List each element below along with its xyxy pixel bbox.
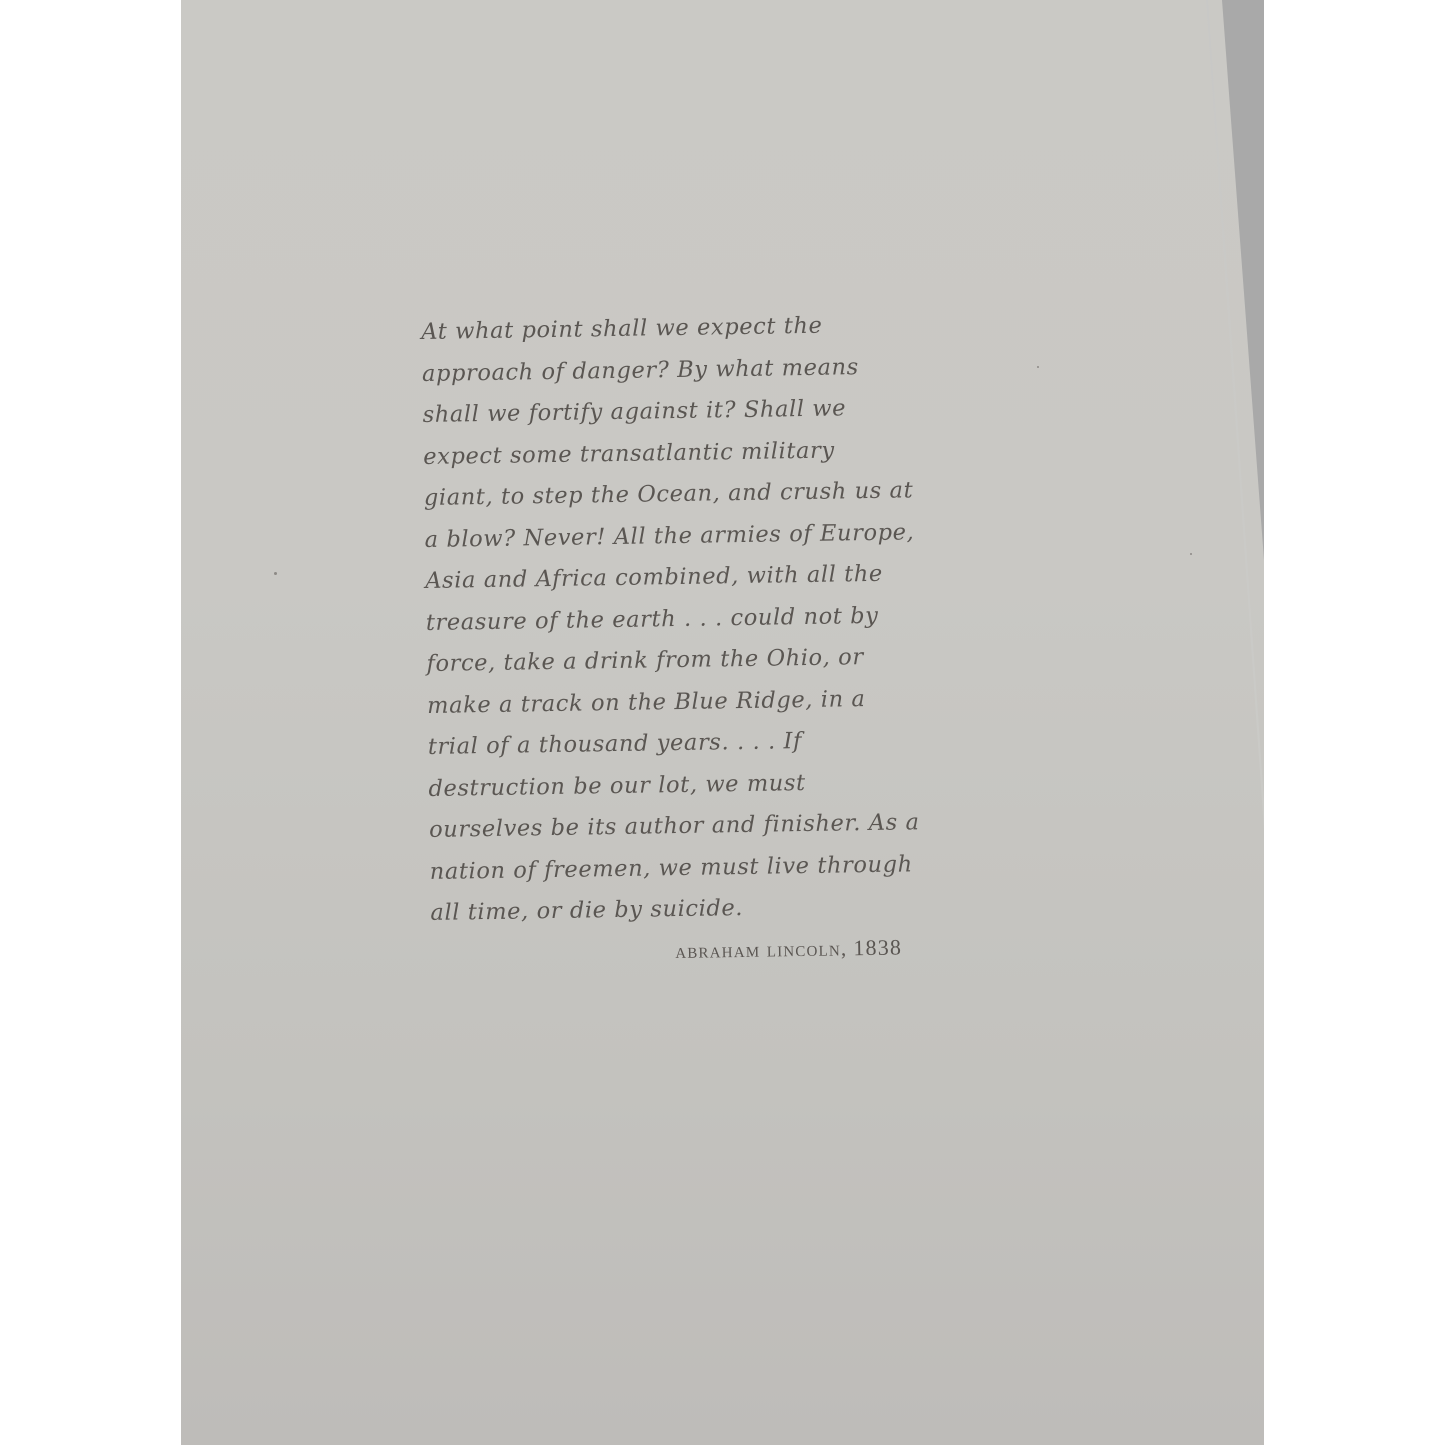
book-page-photo: At what point shall we expect the approa… [181, 0, 1264, 1445]
quote-attribution: ABRAHAM LINCOLN, 1838 [675, 934, 902, 964]
paper-speck [1190, 553, 1192, 555]
attribution-year: 1838 [853, 934, 902, 960]
paper-speck [274, 572, 277, 575]
attribution-author: ABRAHAM LINCOLN, [675, 936, 848, 963]
adjacent-page-edge [1222, 0, 1264, 560]
quote-text: At what point shall we expect the approa… [421, 302, 1051, 934]
quote-line: all time, or die by suicide. [430, 883, 1051, 934]
